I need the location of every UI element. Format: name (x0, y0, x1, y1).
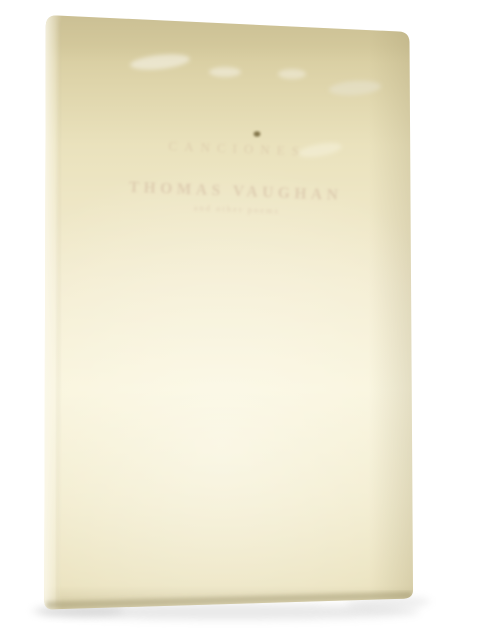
book-cover: CANCIONES THOMAS VAUGHAN and other poems (43, 13, 413, 613)
book-cover-graphic: CANCIONES THOMAS VAUGHAN and other poems (0, 0, 480, 640)
foxing-speck (254, 131, 261, 136)
book-photo: CANCIONES THOMAS VAUGHAN and other poems (0, 0, 480, 640)
